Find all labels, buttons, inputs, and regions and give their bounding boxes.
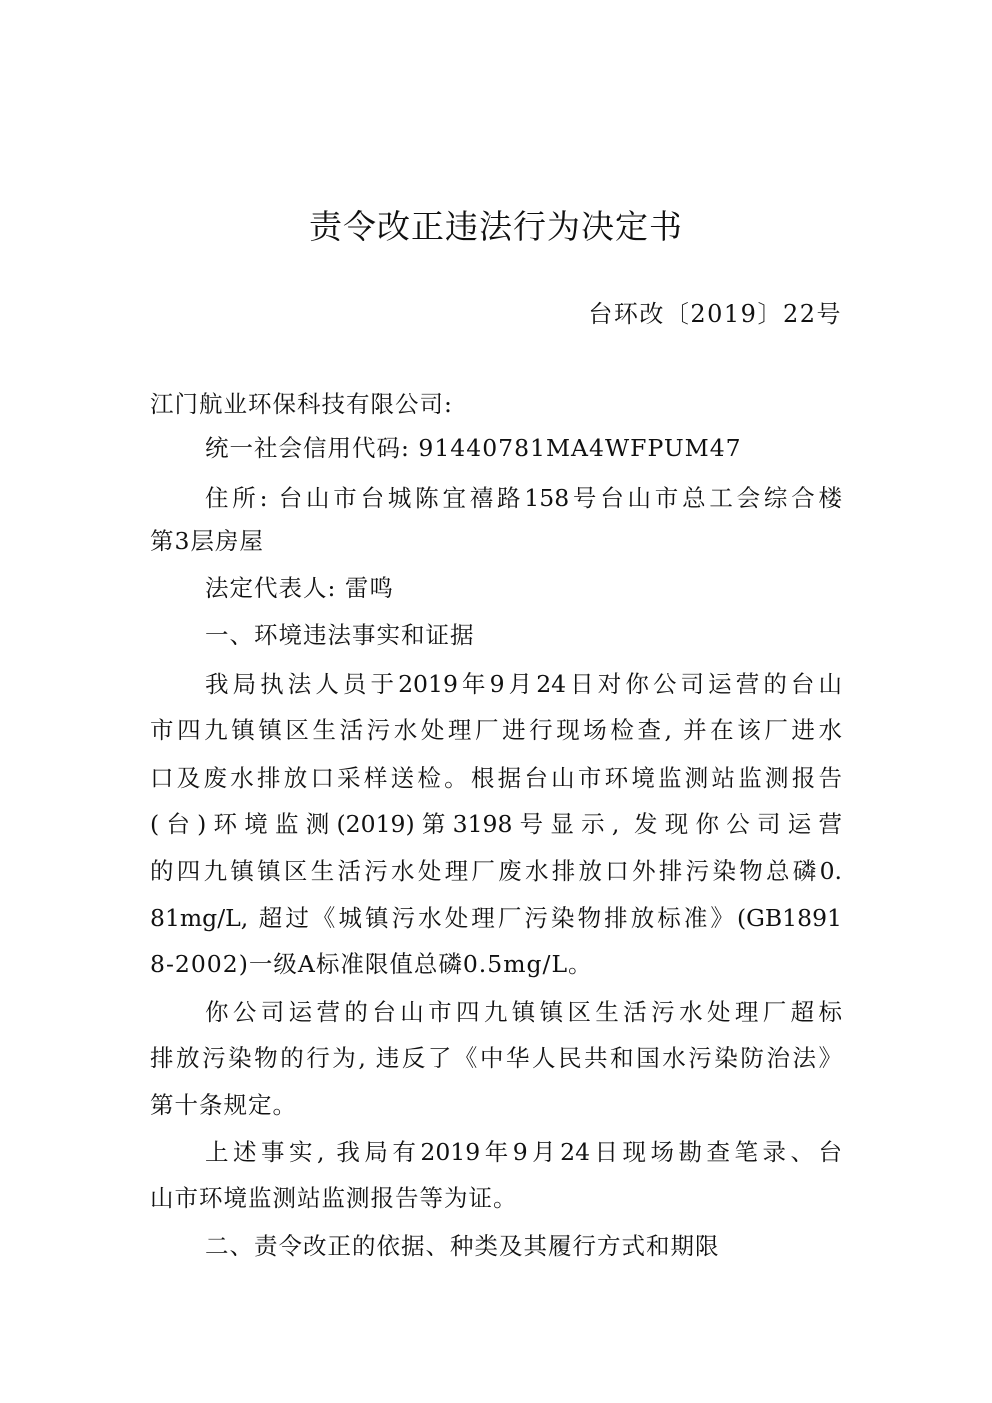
address-line-2: 第3层房屋 <box>150 523 842 559</box>
paragraph-line: (台)环境监测(2019)第3198号显示, 发现你公司运营 <box>150 806 842 842</box>
paragraph-line: 81mg/L, 超过《城镇污水处理厂污染物排放标准》(GB1891 <box>150 900 842 936</box>
section-heading-2: 二、责令改正的依据、种类及其履行方式和期限 <box>205 1228 842 1264</box>
paragraph-line: 你公司运营的台山市四九镇镇区生活污水处理厂超标 <box>205 994 842 1030</box>
document-number: 台环改〔2019〕22号 <box>588 296 842 332</box>
paragraph-line: 山市环境监测站监测报告等为证。 <box>150 1180 842 1216</box>
legal-representative: 法定代表人: 雷鸣 <box>205 570 842 606</box>
paragraph-line: 市四九镇镇区生活污水处理厂进行现场检查, 并在该厂进水 <box>150 712 842 748</box>
document-title: 责令改正违法行为决定书 <box>0 203 992 251</box>
address-line-1: 住所: 台山市台城陈宜禧路158号台山市总工会综合楼 <box>205 480 842 516</box>
paragraph-line: 口及废水排放口采样送检。根据台山市环境监测站监测报告 <box>150 760 842 796</box>
paragraph-line: 8-2002)一级A标准限值总磷0.5mg/L。 <box>150 946 842 982</box>
credit-code: 统一社会信用代码: 91440781MA4WFPUM47 <box>205 430 842 466</box>
section-heading-1: 一、环境违法事实和证据 <box>205 617 842 653</box>
paragraph-line: 上述事实, 我局有2019年9月24日现场勘查笔录、台 <box>205 1134 842 1170</box>
paragraph-line: 我局执法人员于2019年9月24日对你公司运营的台山 <box>205 666 842 702</box>
paragraph-line: 的四九镇镇区生活污水处理厂废水排放口外排污染物总磷0. <box>150 853 842 889</box>
paragraph-line: 排放污染物的行为, 违反了《中华人民共和国水污染防治法》 <box>150 1040 842 1076</box>
addressee: 江门航业环保科技有限公司: <box>150 386 842 422</box>
paragraph-line: 第十条规定。 <box>150 1087 842 1123</box>
